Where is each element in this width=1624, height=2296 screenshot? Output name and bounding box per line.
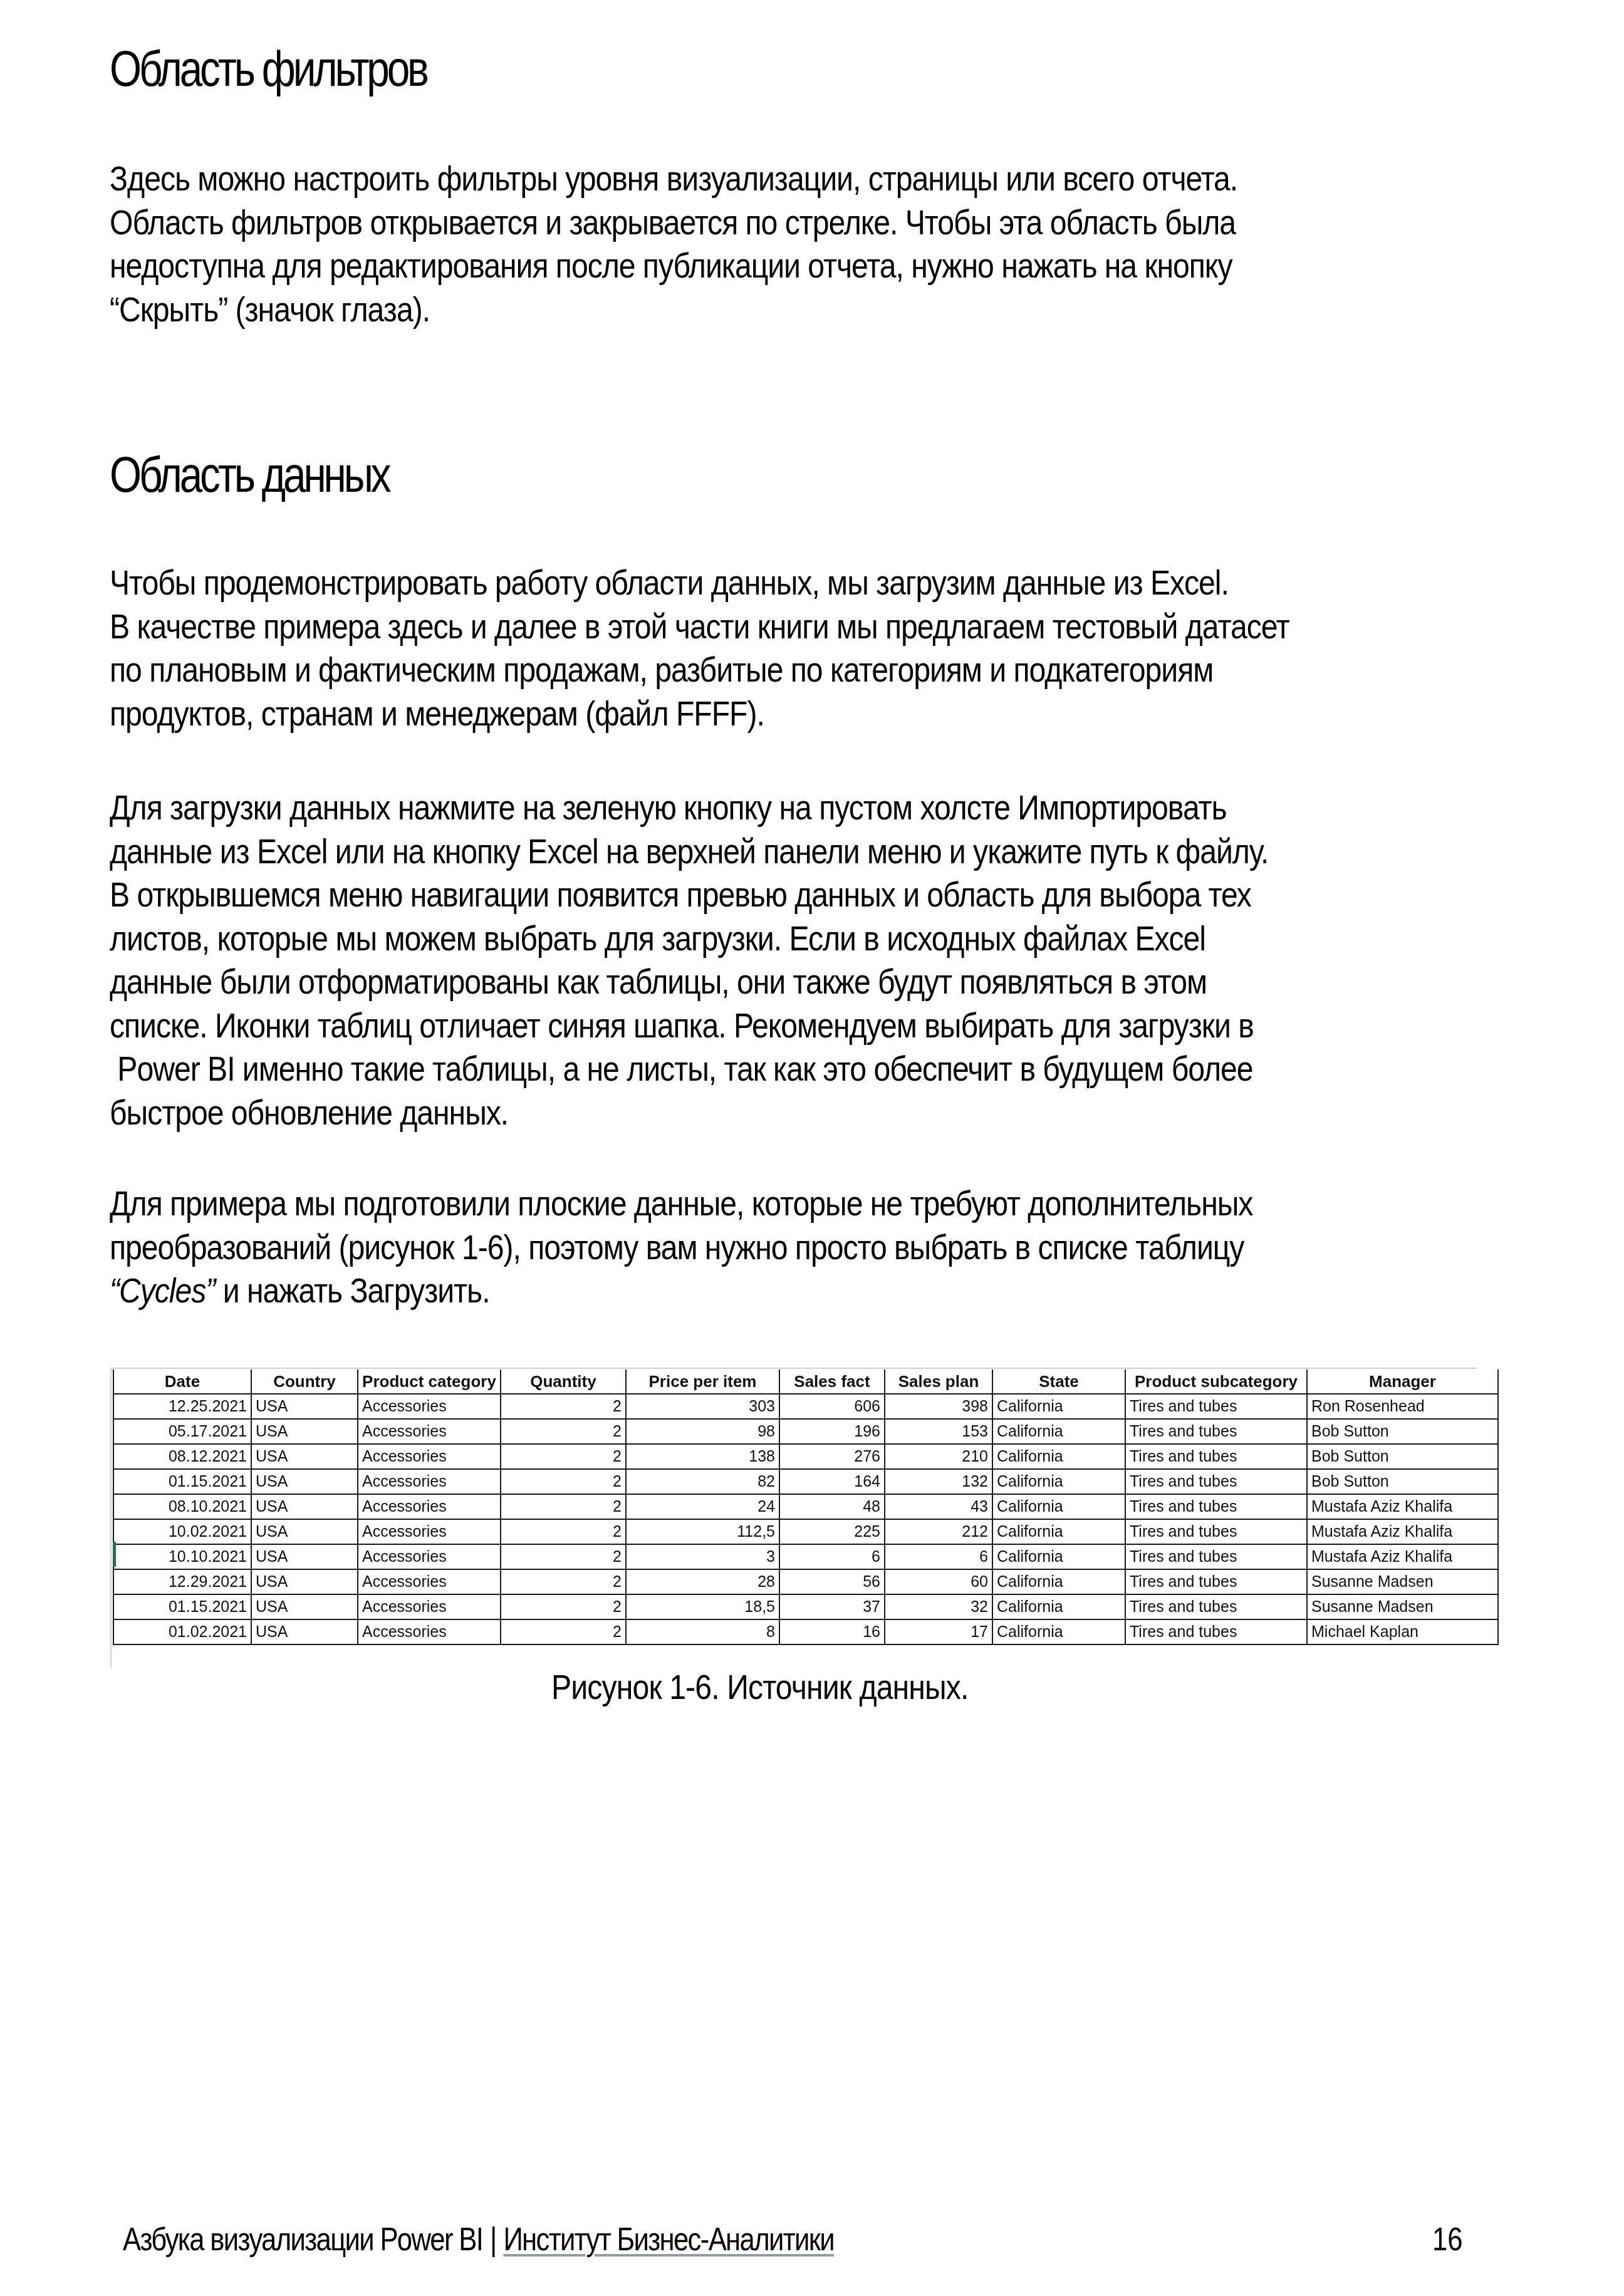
table-cell: 01.15.2021 <box>113 1469 251 1494</box>
table-cell: Accessories <box>358 1469 501 1494</box>
section-heading-data: Область данных <box>110 450 388 500</box>
table-cell: 2 <box>501 1544 626 1569</box>
table-cell: Tires and tubes <box>1125 1469 1307 1494</box>
text-line: Область фильтров открывается и закрывает… <box>110 200 1237 244</box>
data-paragraph-intro: Чтобы продемонстрировать работу области … <box>110 561 1289 735</box>
table-cell: Tires and tubes <box>1125 1394 1307 1419</box>
column-header: Manager <box>1307 1369 1498 1394</box>
table-cell: 10.10.2021 <box>113 1544 251 1569</box>
table-cell: Tires and tubes <box>1125 1419 1307 1444</box>
active-cell-indicator <box>113 1542 116 1567</box>
table-cell: 225 <box>779 1519 885 1544</box>
table-cell: 398 <box>885 1394 992 1419</box>
table-cell: 153 <box>885 1419 992 1444</box>
table-cell: Accessories <box>358 1594 501 1619</box>
table-row: 12.25.2021USAAccessories2303606398Califo… <box>113 1394 1498 1419</box>
table-row: 08.12.2021USAAccessories2138276210Califo… <box>113 1444 1498 1469</box>
text-line: быстрое обновление данных. <box>110 1091 1268 1135</box>
table-cell: 112,5 <box>626 1519 779 1544</box>
table-cell: 2 <box>501 1419 626 1444</box>
table-cell: California <box>992 1394 1125 1419</box>
table-cell: Tires and tubes <box>1125 1544 1307 1569</box>
column-header: Sales plan <box>885 1369 992 1394</box>
table-cell: 16 <box>779 1619 885 1644</box>
text-line: листов, которые мы можем выбрать для заг… <box>110 917 1268 960</box>
table-cell: 2 <box>501 1594 626 1619</box>
text-line: Здесь можно настроить фильтры уровня виз… <box>110 157 1237 200</box>
table-cell: 3 <box>626 1544 779 1569</box>
table-row: 10.02.2021USAAccessories2112,5225212Cali… <box>113 1519 1498 1544</box>
table-cell: Mustafa Aziz Khalifa <box>1307 1519 1498 1544</box>
text-line: В открывшемся меню навигации появится пр… <box>110 873 1268 917</box>
column-header: Sales fact <box>779 1369 885 1394</box>
page-number: 16 <box>1432 2221 1463 2258</box>
table-cell: 17 <box>885 1619 992 1644</box>
column-header: Date <box>113 1369 251 1394</box>
table-row: 12.29.2021USAAccessories2285660Californi… <box>113 1569 1498 1594</box>
table-cell: 2 <box>501 1394 626 1419</box>
table-cell: 82 <box>626 1469 779 1494</box>
table-cell: California <box>992 1544 1125 1569</box>
column-header: State <box>992 1369 1125 1394</box>
table-body: 12.25.2021USAAccessories2303606398Califo… <box>113 1394 1498 1644</box>
table-cell: 01.15.2021 <box>113 1594 251 1619</box>
table-cell: Susanne Madsen <box>1307 1569 1498 1594</box>
table-cell: 276 <box>779 1444 885 1469</box>
table-cell: 2 <box>501 1569 626 1594</box>
text-line: Для примера мы подготовили плоские данны… <box>110 1182 1252 1225</box>
table-cell: Accessories <box>358 1394 501 1419</box>
text-line: данные были отформатированы как таблицы,… <box>110 960 1268 1004</box>
table-cell: 6 <box>885 1544 992 1569</box>
text-line: Power BI именно такие таблицы, а не лист… <box>110 1047 1268 1091</box>
table-cell: 28 <box>626 1569 779 1594</box>
table-cell: USA <box>251 1494 358 1519</box>
text-line: данные из Excel или на кнопку Excel на в… <box>110 829 1268 873</box>
excel-gridline-top <box>110 1368 1476 1369</box>
column-header: Price per item <box>626 1369 779 1394</box>
excel-gridline-left <box>110 1369 112 1668</box>
text-line: “Cycles” и нажать Загрузить. <box>110 1269 1252 1312</box>
figure-caption: Рисунок 1-6. Источник данных. <box>551 1666 969 1707</box>
text-line: “Скрыть” (значок глаза). <box>110 288 1237 331</box>
table-cell: Mustafa Aziz Khalifa <box>1307 1544 1498 1569</box>
table-cell: Accessories <box>358 1619 501 1644</box>
data-paragraph-loading: Для загрузки данных нажмите на зеленую к… <box>110 786 1268 1134</box>
table-cell: 60 <box>885 1569 992 1594</box>
table-row: 01.15.2021USAAccessories282164132Califor… <box>113 1469 1498 1494</box>
table-cell: 2 <box>501 1469 626 1494</box>
table-cell: Accessories <box>358 1519 501 1544</box>
table-cell: Accessories <box>358 1419 501 1444</box>
column-header: Product subcategory <box>1125 1369 1307 1394</box>
table-cell: USA <box>251 1619 358 1644</box>
table-cell: California <box>992 1419 1125 1444</box>
table-cell: 132 <box>885 1469 992 1494</box>
table-cell: Tires and tubes <box>1125 1594 1307 1619</box>
text-line: списке. Иконки таблиц отличает синяя шап… <box>110 1004 1268 1047</box>
table-cell: 98 <box>626 1419 779 1444</box>
table-cell: Accessories <box>358 1569 501 1594</box>
table-cell: Tires and tubes <box>1125 1444 1307 1469</box>
table-cell: 210 <box>885 1444 992 1469</box>
table-cell: 01.02.2021 <box>113 1619 251 1644</box>
text-line: преобразований (рисунок 1-6), поэтому ва… <box>110 1225 1252 1269</box>
filters-paragraph: Здесь можно настроить фильтры уровня виз… <box>110 157 1237 331</box>
section-heading-filters: Область фильтров <box>110 44 427 94</box>
table-name-cycles: “Cycles” <box>110 1270 215 1310</box>
table-cell: USA <box>251 1444 358 1469</box>
table-cell: 24 <box>626 1494 779 1519</box>
table-cell: California <box>992 1469 1125 1494</box>
table-cell: USA <box>251 1569 358 1594</box>
table-row: 01.02.2021USAAccessories281617California… <box>113 1619 1498 1644</box>
table-cell: Accessories <box>358 1494 501 1519</box>
table-cell: 196 <box>779 1419 885 1444</box>
table-cell: Tires and tubes <box>1125 1569 1307 1594</box>
table-cell: California <box>992 1494 1125 1519</box>
table-cell: 12.29.2021 <box>113 1569 251 1594</box>
table-cell: 2 <box>501 1519 626 1544</box>
table-row: 10.10.2021USAAccessories2366CaliforniaTi… <box>113 1544 1498 1569</box>
table-cell: Michael Kaplan <box>1307 1619 1498 1644</box>
table-cell: Tires and tubes <box>1125 1519 1307 1544</box>
table-cell: 12.25.2021 <box>113 1394 251 1419</box>
table-cell: 56 <box>779 1569 885 1594</box>
text-line: продуктов, странам и менеджерам (файл FF… <box>110 692 1289 735</box>
table-cell: 2 <box>501 1444 626 1469</box>
table-cell: California <box>992 1569 1125 1594</box>
table-cell: USA <box>251 1394 358 1419</box>
table-header-row: DateCountryProduct categoryQuantityPrice… <box>113 1369 1498 1394</box>
column-header: Country <box>251 1369 358 1394</box>
table-cell: 48 <box>779 1494 885 1519</box>
table-cell: 18,5 <box>626 1594 779 1619</box>
text-line: по плановым и фактическим продажам, разб… <box>110 648 1289 692</box>
column-header: Quantity <box>501 1369 626 1394</box>
table-cell: Bob Sutton <box>1307 1419 1498 1444</box>
text-line: Чтобы продемонстрировать работу области … <box>110 561 1289 605</box>
text-fragment: и нажать Загрузить. <box>215 1270 489 1310</box>
table-cell: USA <box>251 1519 358 1544</box>
table-cell: 6 <box>779 1544 885 1569</box>
table-cell: Susanne Madsen <box>1307 1594 1498 1619</box>
table-cell: USA <box>251 1544 358 1569</box>
table-cell: 37 <box>779 1594 885 1619</box>
table-cell: Mustafa Aziz Khalifa <box>1307 1494 1498 1519</box>
data-paragraph-example: Для примера мы подготовили плоские данны… <box>110 1182 1252 1312</box>
publisher-link[interactable]: Институт Бизнес-Аналитики <box>503 2221 833 2258</box>
table-cell: USA <box>251 1469 358 1494</box>
table-cell: 212 <box>885 1519 992 1544</box>
table-row: 08.10.2021USAAccessories2244843Californi… <box>113 1494 1498 1519</box>
table-cell: Tires and tubes <box>1125 1494 1307 1519</box>
table-cell: 8 <box>626 1619 779 1644</box>
page-footer: Азбука визуализации Power BI|Институт Би… <box>123 2221 834 2258</box>
table-cell: California <box>992 1594 1125 1619</box>
table-cell: 43 <box>885 1494 992 1519</box>
table-cell: 10.02.2021 <box>113 1519 251 1544</box>
table-cell: Bob Sutton <box>1307 1469 1498 1494</box>
table-cell: 303 <box>626 1394 779 1419</box>
footer-separator: | <box>490 2221 496 2258</box>
text-line: В качестве примера здесь и далее в этой … <box>110 605 1289 648</box>
table-cell: 08.10.2021 <box>113 1494 251 1519</box>
table-cell: 05.17.2021 <box>113 1419 251 1444</box>
table-cell: 606 <box>779 1394 885 1419</box>
table-cell: Accessories <box>358 1544 501 1569</box>
table-cell: Ron Rosenhead <box>1307 1394 1498 1419</box>
table-cell: Bob Sutton <box>1307 1444 1498 1469</box>
text-line: недоступна для редактирования после публ… <box>110 244 1237 288</box>
table-cell: 08.12.2021 <box>113 1444 251 1469</box>
table-cell: Tires and tubes <box>1125 1619 1307 1644</box>
table-row: 05.17.2021USAAccessories298196153Califor… <box>113 1419 1498 1444</box>
table-cell: 164 <box>779 1469 885 1494</box>
table-cell: Accessories <box>358 1444 501 1469</box>
table-cell: 138 <box>626 1444 779 1469</box>
table-cell: 2 <box>501 1619 626 1644</box>
table-cell: USA <box>251 1594 358 1619</box>
table-cell: California <box>992 1444 1125 1469</box>
column-header: Product category <box>358 1369 501 1394</box>
data-source-table: DateCountryProduct categoryQuantityPrice… <box>113 1369 1499 1645</box>
text-line: Для загрузки данных нажмите на зеленую к… <box>110 786 1268 829</box>
table-cell: 2 <box>501 1494 626 1519</box>
table-cell: 32 <box>885 1594 992 1619</box>
book-title: Азбука визуализации Power BI <box>123 2221 482 2258</box>
table-cell: California <box>992 1519 1125 1544</box>
table-row: 01.15.2021USAAccessories218,53732Califor… <box>113 1594 1498 1619</box>
table-cell: USA <box>251 1419 358 1444</box>
table-cell: California <box>992 1619 1125 1644</box>
